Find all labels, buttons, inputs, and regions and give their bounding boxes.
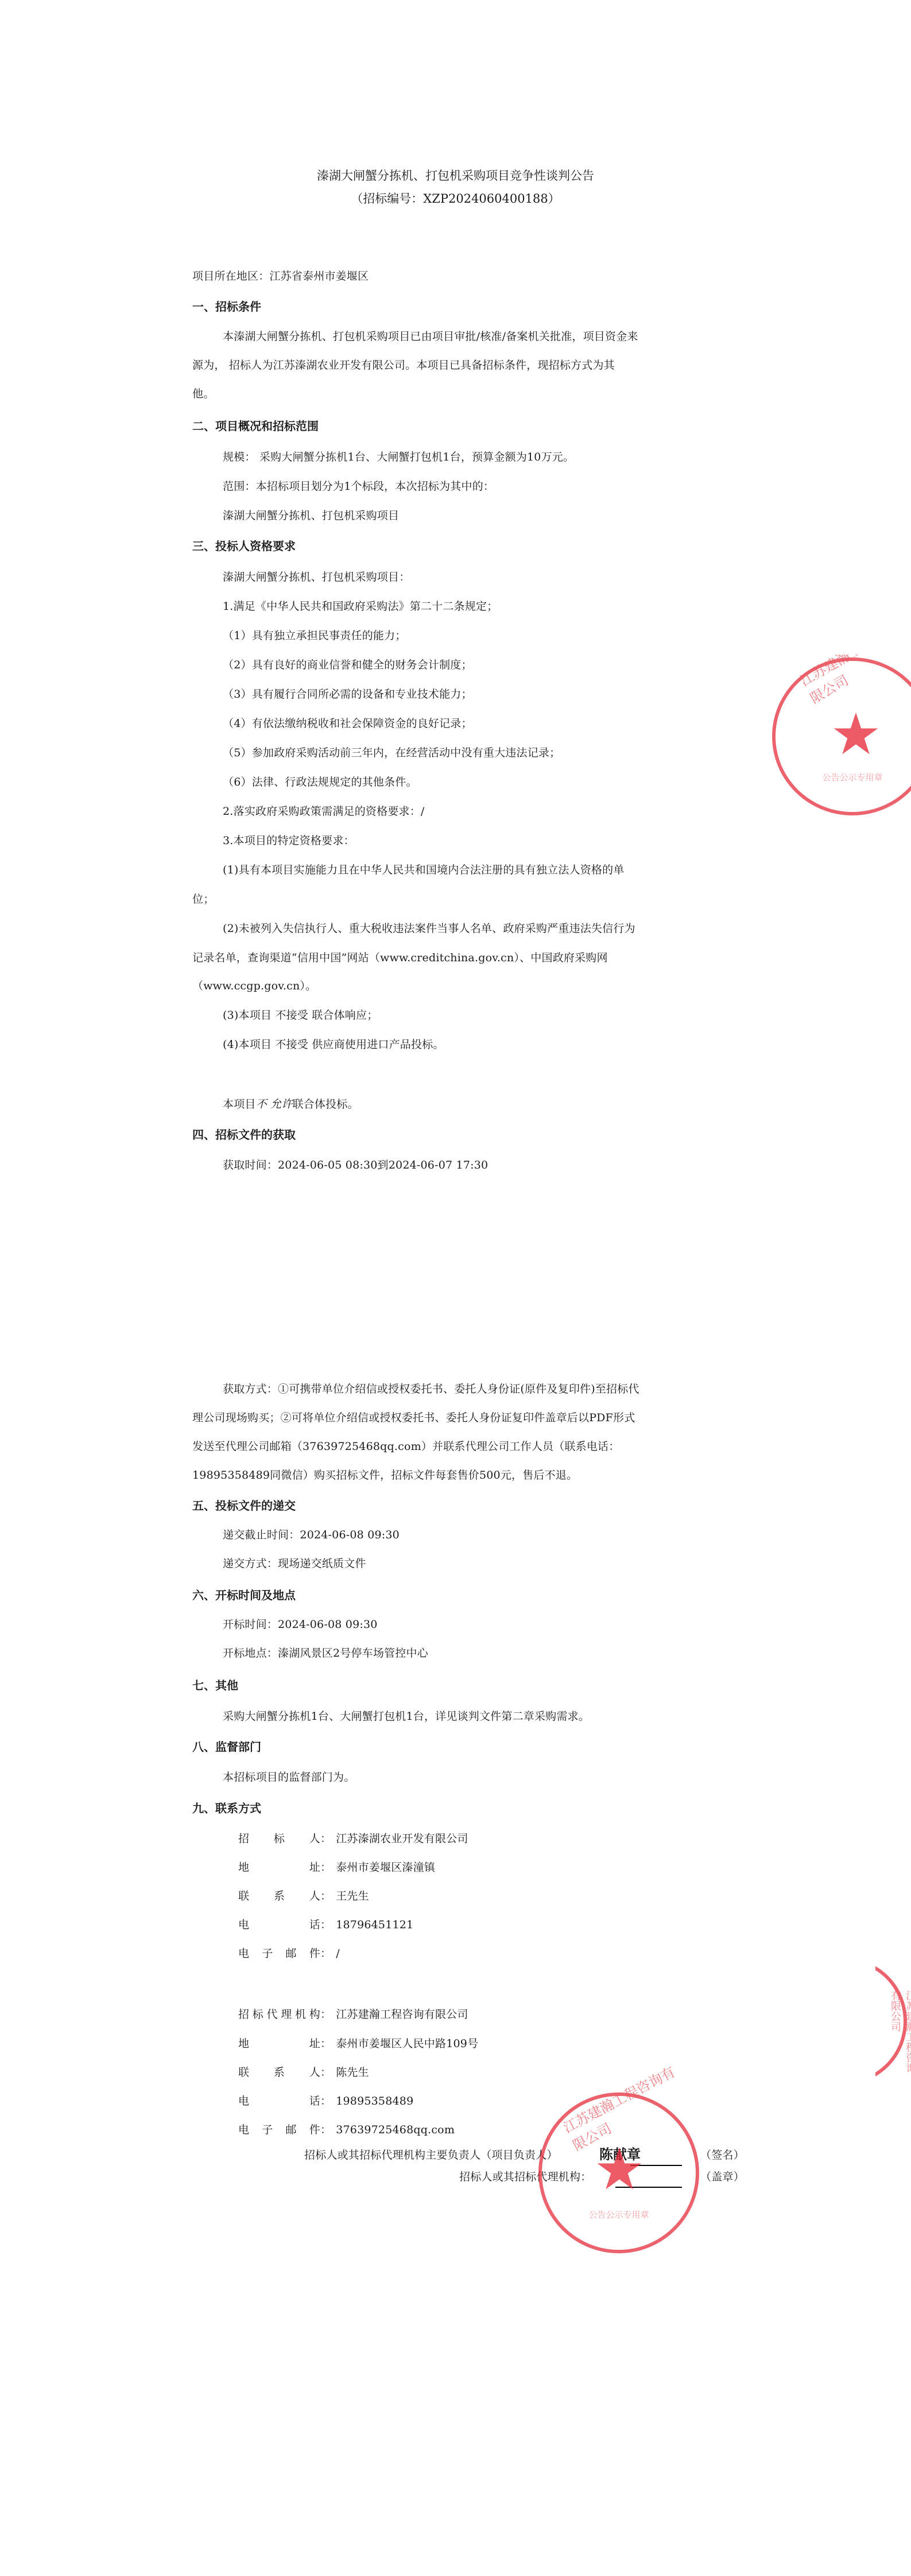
seal-stamp-clip: ★ 江苏建瀚工程咨询有限公司 公告公示专用章 (746, 655, 911, 827)
section-heading-6: 六、开标时间及地点 (192, 1589, 296, 1601)
section-5-line: 递交方式：现场递交纸质文件 (223, 1558, 366, 1569)
section-5-line: 递交截止时间：2024-06-08 09:30 (223, 1530, 400, 1541)
stamp-arc-text: 江苏建瀚工程咨询有限公司 (796, 655, 911, 707)
section-3-line: (3)本项目 不接受 联合体响应； (223, 1010, 378, 1021)
section-7-line: 采购大闸蟹分拣机1台、大闸蟹打包机1台，详见谈判文件第二章采购需求。 (223, 1711, 590, 1722)
acquisition-time: 获取时间：2024-06-05 08:30到2024-06-07 17:30 (223, 1160, 488, 1171)
acquisition-method-line: 发送至代理公司邮箱（37639725468qq.com）并联系代理公司工作人员（… (192, 1441, 619, 1452)
contact-label: 招标代理机构 (238, 2009, 320, 2020)
section-3-line: (4)本项目 不接受 供应商使用进口产品投标。 (223, 1039, 444, 1050)
section-heading-9: 九、联系方式 (192, 1803, 261, 1814)
contact-value: 江苏建瀚工程咨询有限公司 (336, 2009, 468, 2020)
acquisition-method-line: 获取方式：①可携带单位介绍信或授权委托书、委托人身份证(原件及复印件)至招标代 (223, 1384, 639, 1395)
section-3-line: 位； (192, 894, 214, 905)
section-3-line: （2）具有良好的商业信誉和健全的财务会计制度； (223, 660, 472, 671)
section-3-line: （www.ccgp.gov.cn）。 (192, 981, 316, 992)
contact-label: 地址 (238, 2039, 320, 2049)
section-8-line: 本招标项目的监督部门为。 (223, 1772, 355, 1783)
section-6-line: 开标时间：2024-06-08 09:30 (223, 1619, 378, 1630)
stamp-bottom-text: 公告公示专用章 (542, 2208, 696, 2221)
section-heading-3: 三、投标人资格要求 (192, 540, 296, 552)
section-3-line: 记录名单，查询渠道“信用中国”网站（www.creditchina.gov.cn… (192, 953, 608, 964)
contact-value: 王先生 (336, 1891, 369, 1902)
section-3-line: （1）具有独立承担民事责任的能力； (223, 631, 406, 641)
seal-stamp: ★ 江苏建瀚工程咨询有限公司 公告公示专用章 (772, 657, 911, 815)
consortium-italic: 不 允许 (256, 1098, 293, 1111)
star-icon: ★ (588, 2141, 651, 2198)
section-3-line: （6）法律、行政法规规定的其他条件。 (223, 777, 417, 788)
acquisition-method-line: 理公司现场购买；②可将单位介绍信或授权委托书、委托人身份证复印件盖章后以PDF形… (192, 1413, 635, 1424)
seal-stamp-clip: 江苏建瀚工程咨询有限公司 (875, 1958, 911, 2090)
seal-stamp: ★ 江苏建瀚工程咨询有限公司 公告公示专用章 (538, 2092, 699, 2253)
section-3-line: 2.落实政府采购政策需满足的资格要求：/ (223, 806, 425, 817)
consortium-prefix: 本项目 (223, 1098, 256, 1111)
section-heading-1: 一、招标条件 (192, 301, 261, 312)
section-3-line: (2)未被列入失信执行人、重大税收违法案件当事人名单、政府采购严重违法失信行为 (223, 923, 635, 934)
contact-value: 18796451121 (336, 1920, 413, 1931)
contact-label: 电话 (238, 1920, 320, 1931)
section-2-line: 溱湖大闸蟹分拣机、打包机采购项目 (223, 510, 399, 521)
star-icon: ★ (824, 706, 887, 763)
section-3-line: 3.本项目的特定资格要求： (223, 836, 355, 846)
contact-label: 地址 (238, 1862, 320, 1873)
tenderer-row: 招标人：江苏溱湖农业开发有限公司 (238, 1834, 468, 1844)
seal-suffix: （盖章） (700, 2172, 745, 2183)
tenderer-row: 联系人：王先生 (238, 1891, 369, 1902)
acquisition-method-line: 19895358489同微信）购买招标文件，招标文件每套售价500元，售后不退。 (192, 1470, 577, 1481)
section-2-line: 范围：本招标项目划分为1个标段，本次招标为其中的： (223, 481, 494, 492)
section-3-line: （3）具有履行合同所必需的设备和专业技术能力； (223, 689, 472, 700)
contact-value: 陈先生 (336, 2067, 369, 2078)
agency-row: 电话：19895358489 (238, 2096, 413, 2107)
section-1-line: 本溱湖大闸蟹分拣机、打包机采购项目已由项目审批/核准/备案机关批准，项目资金来 (223, 331, 638, 342)
section-heading-5: 五、投标文件的递交 (192, 1500, 296, 1511)
tenderer-row: 电话：18796451121 (238, 1920, 413, 1931)
signature-line-1: 招标人或其招标代理机构主要负责人（项目负责人） (304, 2150, 558, 2161)
section-heading-4: 四、招标文件的获取 (192, 1129, 296, 1140)
contact-label: 联系人 (238, 1891, 320, 1902)
contact-value: 19895358489 (336, 2096, 413, 2107)
section-3-line: 溱湖大闸蟹分拣机、打包机采购项目： (223, 572, 410, 583)
contact-value: 泰州市姜堰区溱潼镇 (336, 1862, 435, 1873)
agency-row: 联系人：陈先生 (238, 2067, 369, 2078)
signature-label: 招标人或其招标代理机构主要负责人（项目负责人） (304, 2149, 558, 2161)
section-3-line: （4）有依法缴纳税收和社会保障资金的良好记录； (223, 718, 472, 729)
contact-label: 招标人 (238, 1834, 320, 1844)
contact-value: 江苏溱湖农业开发有限公司 (336, 1834, 468, 1844)
contact-value: 37639725468qq.com (336, 2125, 455, 2136)
consortium-suffix: 联合体投标。 (292, 1098, 358, 1111)
contact-value: / (336, 1948, 340, 1959)
contact-value: 泰州市姜堰区人民中路109号 (336, 2039, 478, 2049)
tenderer-row: 电子邮件：/ (238, 1948, 340, 1959)
contact-label: 电子邮件 (238, 2125, 320, 2136)
agency-row: 招标代理机构：江苏建瀚工程咨询有限公司 (238, 2009, 468, 2020)
contact-label: 电子邮件 (238, 1948, 320, 1959)
project-region: 项目所在地区：江苏省泰州市姜堰区 (192, 271, 369, 282)
consortium-statement: 本项目不 允许联合体投标。 (223, 1099, 359, 1110)
stamp-bottom-text: 公告公示专用章 (776, 771, 911, 783)
contact-label: 电话 (238, 2096, 320, 2107)
section-2-line: 规模： 采购大闸蟹分拣机1台、大闸蟹打包机1台，预算金额为10万元。 (223, 452, 574, 463)
seal-stamp-partial: 江苏建瀚工程咨询有限公司 (875, 1958, 907, 2084)
section-1-line: 源为， 招标人为江苏溱湖农业开发有限公司。本项目已具备招标条件，现招标方式为其 (192, 360, 615, 371)
signature-suffix: （签名） (700, 2150, 745, 2161)
section-3-line: （5）参加政府采购活动前三年内，在经营活动中没有重大违法记录； (223, 748, 560, 759)
section-6-line: 开标地点：溱湖风景区2号停车场管控中心 (223, 1648, 428, 1659)
section-heading-2: 二、项目概况和招标范围 (192, 420, 319, 432)
agency-row: 地址：泰州市姜堰区人民中路109号 (238, 2039, 478, 2049)
agency-row: 电子邮件：37639725468qq.com (238, 2125, 455, 2136)
contact-label: 联系人 (238, 2067, 320, 2078)
section-3-line: 1.满足《中华人民共和国政府采购法》第二十二条规定； (223, 601, 498, 612)
document-page: 溱湖大闸蟹分拣机、打包机采购项目竞争性谈判公告 （招标编号：XZP2024060… (0, 0, 911, 2576)
section-heading-8: 八、监督部门 (192, 1741, 261, 1753)
tenderer-row: 地址：泰州市姜堰区溱潼镇 (238, 1862, 435, 1873)
document-title: 溱湖大闸蟹分拣机、打包机采购项目竞争性谈判公告 (0, 170, 911, 182)
tender-number: （招标编号：XZP2024060400188） (0, 193, 911, 205)
section-1-line: 他。 (192, 389, 214, 400)
stamp-arc-text: 江苏建瀚工程咨询有限公司 (887, 1990, 911, 2081)
section-3-line: (1)具有本项目实施能力且在中华人民共和国境内合法注册的具有独立法人资格的单 (223, 865, 625, 876)
section-heading-7: 七、其他 (192, 1680, 238, 1691)
